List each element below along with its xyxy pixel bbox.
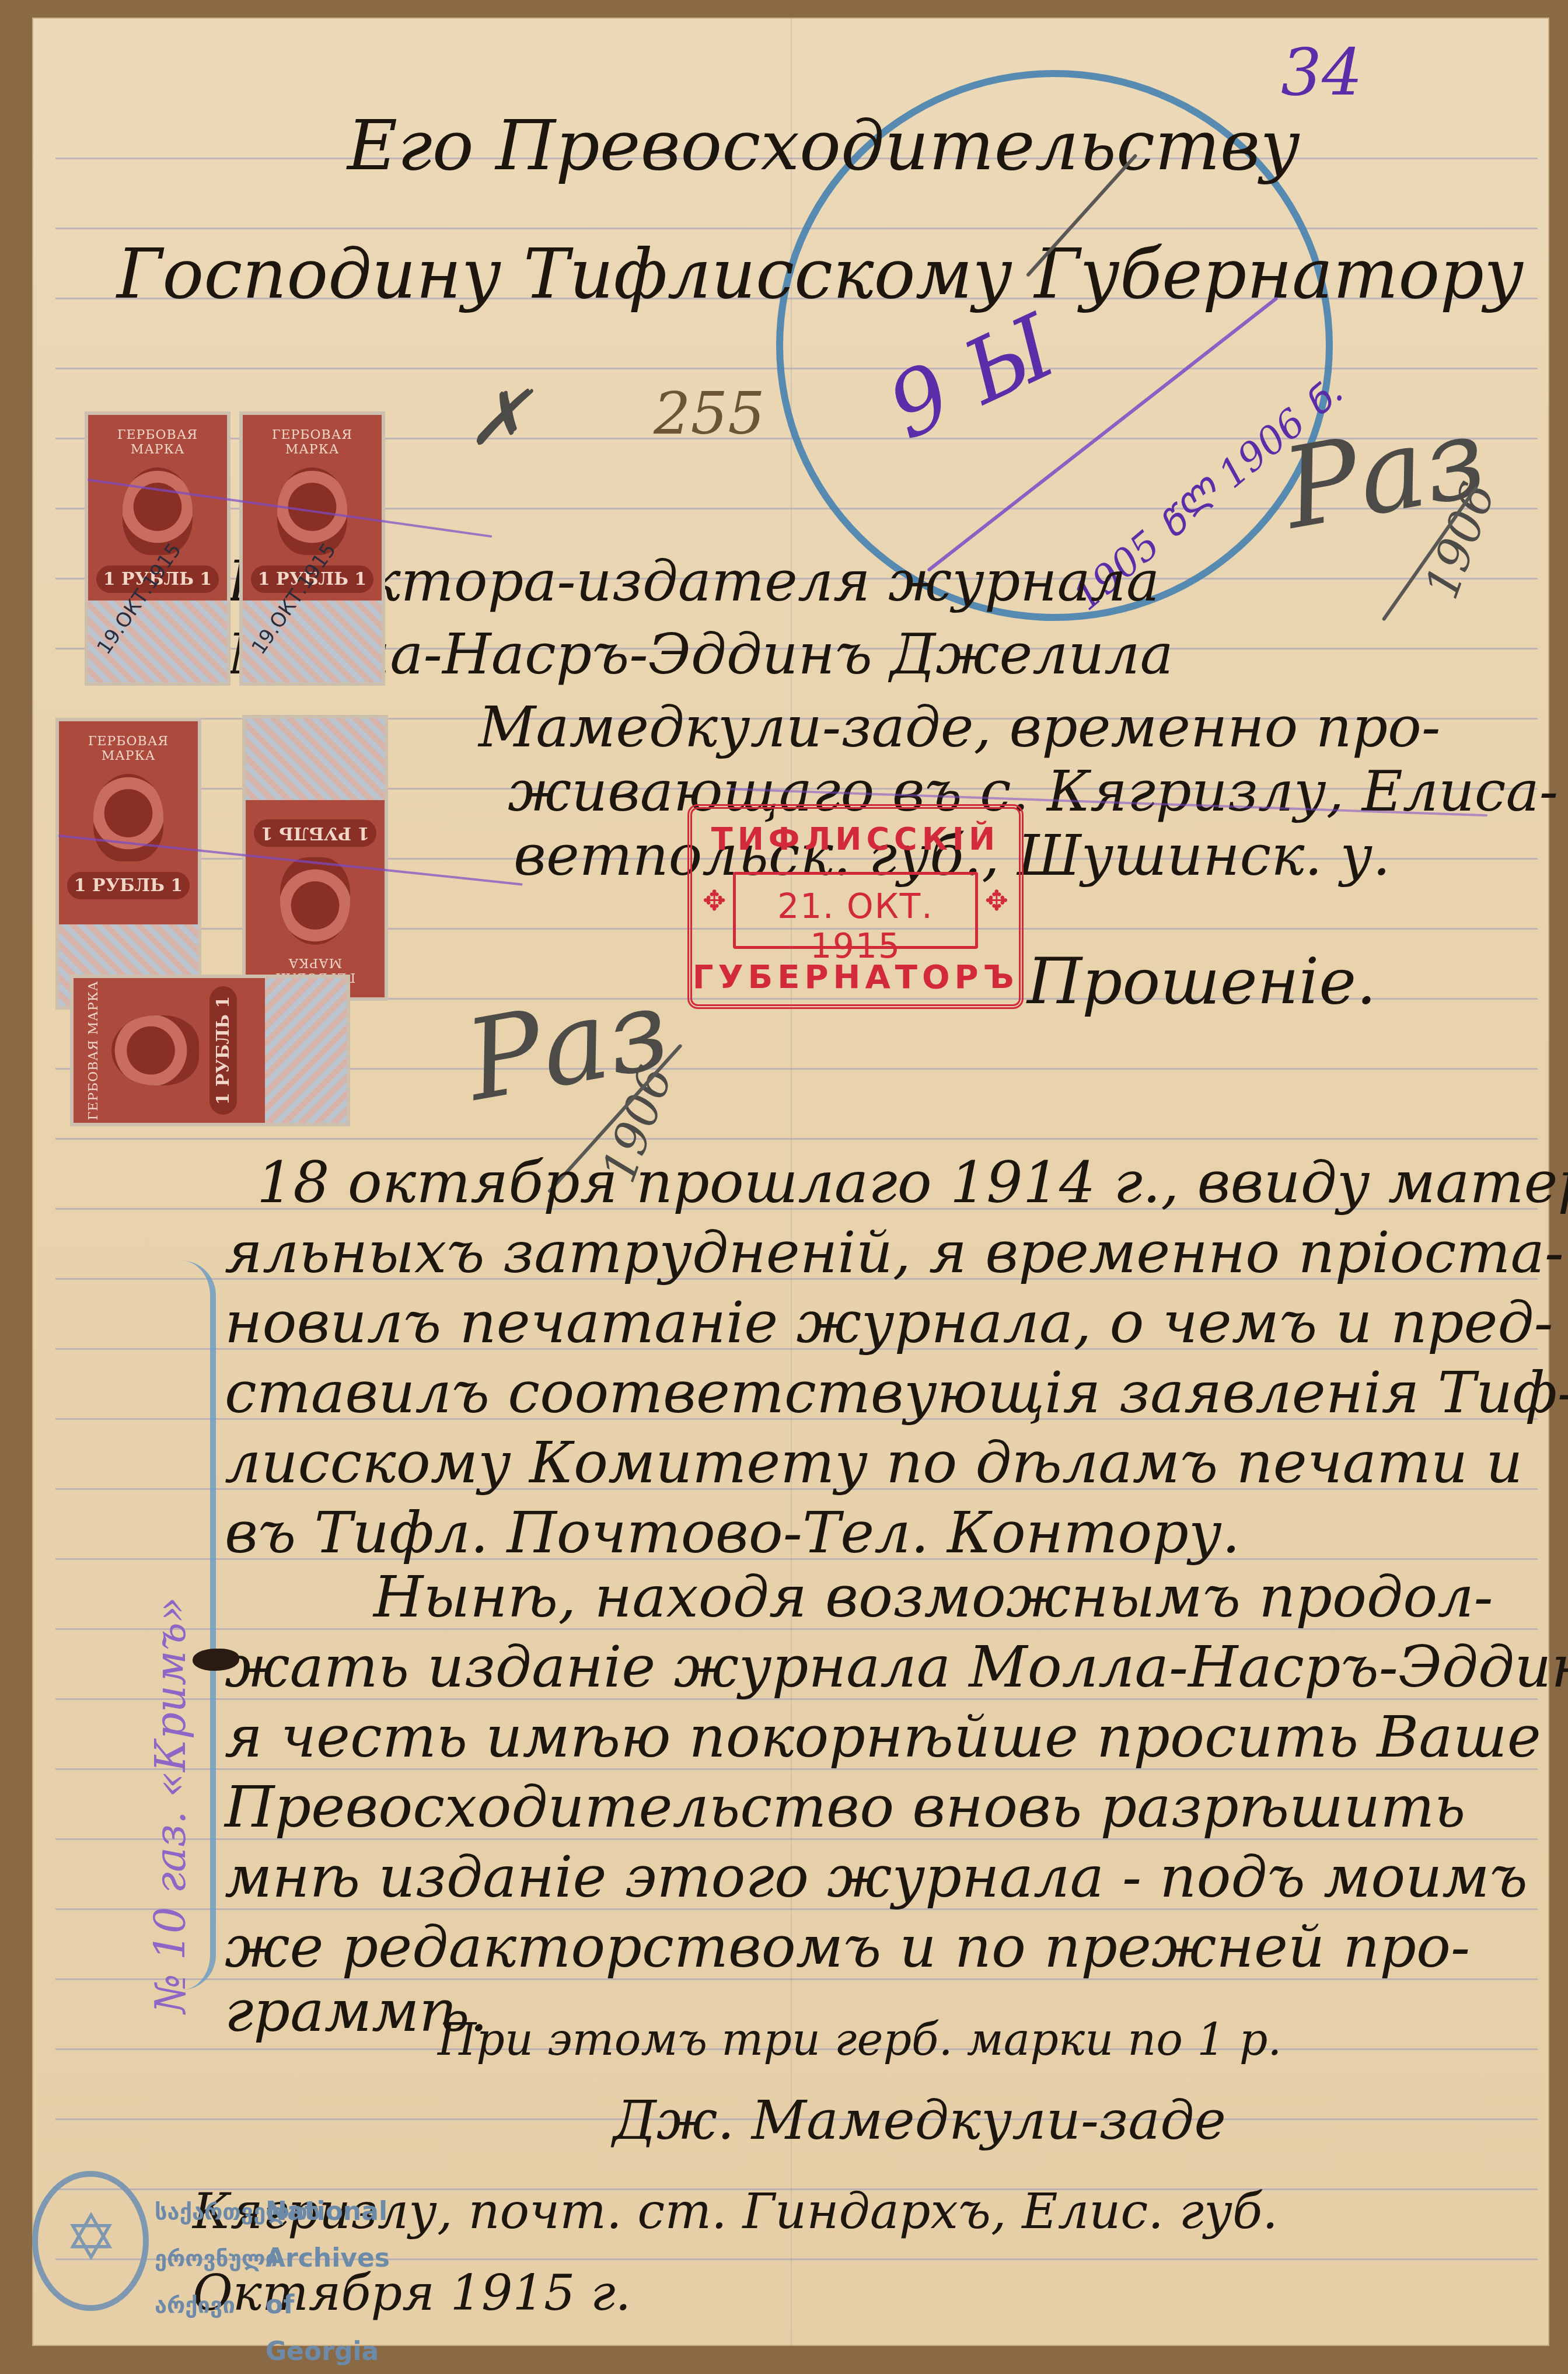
watermark-en-line: National [266,2188,390,2235]
stamp-header: ГЕРБОВАЯ МАРКА [59,734,198,763]
stamp-denomination: 1 РУБЛЬ 1 [67,872,190,899]
salutation-line-1: Его Превосходительству [347,105,1300,186]
stamp-denomination: 1 РУБЛЬ 1 [254,819,376,847]
ink-blot [193,1649,239,1671]
sender-line-4: живающаго въ с. Кягризлу, Елисa- [508,759,1558,824]
stamp-office: ТИФЛИССКIЙ [692,821,1019,857]
watermark-en-line: Archives of [266,2235,390,2328]
petition-heading: Прошенiе. [1027,945,1376,1018]
body-line-2: яльныхъ затрудненiй, я временно прiоста- [225,1220,1564,1286]
stamp-header: ГЕРБОВАЯ МАРКА [86,978,101,1123]
body-line-3: новилъ печатанiе журнала, о чемъ и пред- [225,1290,1553,1356]
double-headed-eagle-icon [123,467,193,555]
revenue-stamp: ГЕРБОВАЯ МАРКА 1 РУБЛЬ 1 [70,975,350,1126]
body-line-12: же редакторствомъ и по прежней про- [225,1914,1470,1981]
body-line-11: мнѣ изданiе этого журнала - подъ моимъ [225,1844,1528,1911]
signature: Дж. Мамедкули-заде [613,2089,1226,2152]
stamp-header: ГЕРБОВАЯ МАРКА [243,428,382,457]
watermark-english: National Archives of Georgia [266,2188,390,2374]
page-number: 34 [1281,35,1363,110]
sender-line-3: Мамедкули-заде, временно про- [479,694,1440,760]
salutation-line-2: Господину Тифлисскому Губернатору [117,233,1524,314]
ornament-icon: ✥ [703,885,726,917]
body-line-5: лисскому Комитету по дѣламъ печати и [225,1430,1522,1496]
ornament-icon: ✥ [985,885,1008,917]
watermark-en-line: Georgia [266,2328,390,2374]
stamp-date-box: 21. ОКТ. 1915 [733,872,978,949]
stamp-date: 21. ОКТ. 1915 [736,886,975,966]
revenue-stamp: ГЕРБОВАЯ МАРКА 1 РУБЛЬ 1 [55,718,201,1010]
revenue-stamp: ГЕРБОВАЯ МАРКА 1 РУБЛЬ 1 19.ОКТ.1915 [85,411,231,686]
double-headed-eagle-icon [93,774,163,861]
body-line-4: ставилъ соответствующiя заявленiя Тиф- [225,1360,1568,1426]
margin-note: № 10 газ. «Кримъ» [146,1597,195,2013]
double-headed-eagle-icon [280,857,350,945]
incoming-number: 255 [654,379,765,448]
stamp-header: ГЕРБОВАЯ МАРКА [88,428,227,457]
body-line-8: жать изданiе журнала Молла-Насръ-Эддинъ, [225,1634,1568,1701]
body-line-10: Превосходительство вновь разрѣшить [225,1774,1465,1841]
body-line-6: въ Тифл. Почтово-Тел. Контору. [225,1500,1240,1566]
governor-received-stamp: ТИФЛИССКIЙ 21. ОКТ. 1915 ✥ ✥ ГУБЕРНАТОРЪ [687,804,1024,1009]
stamp-title: ГУБЕРНАТОРЪ [692,958,1019,996]
national-archives-logo-icon [32,2171,149,2311]
stamp-coupon [246,718,385,800]
stamp-coupon [265,978,347,1123]
ruled-line [55,1138,1538,1140]
stamp-denomination: 1 РУБЛЬ 1 [209,986,237,1115]
revenue-stamp: ГЕРБОВАЯ МАРКА 1 РУБЛЬ 1 19.ОКТ.1915 [239,411,385,686]
ruled-line [55,228,1538,229]
pencil-cross-mark: ✗ [467,373,530,462]
body-line-9: я честь имѣю покорнѣйше просить Ваше [225,1704,1541,1771]
body-line-1: 18 октября прошлаго 1914 г., ввиду матер… [257,1150,1568,1216]
enclosure-note: При этомъ три герб. марки по 1 р. [438,2013,1281,2065]
double-headed-eagle-icon [111,1015,199,1085]
body-line-7: Нынѣ, находя возможнымъ продол- [373,1564,1493,1631]
